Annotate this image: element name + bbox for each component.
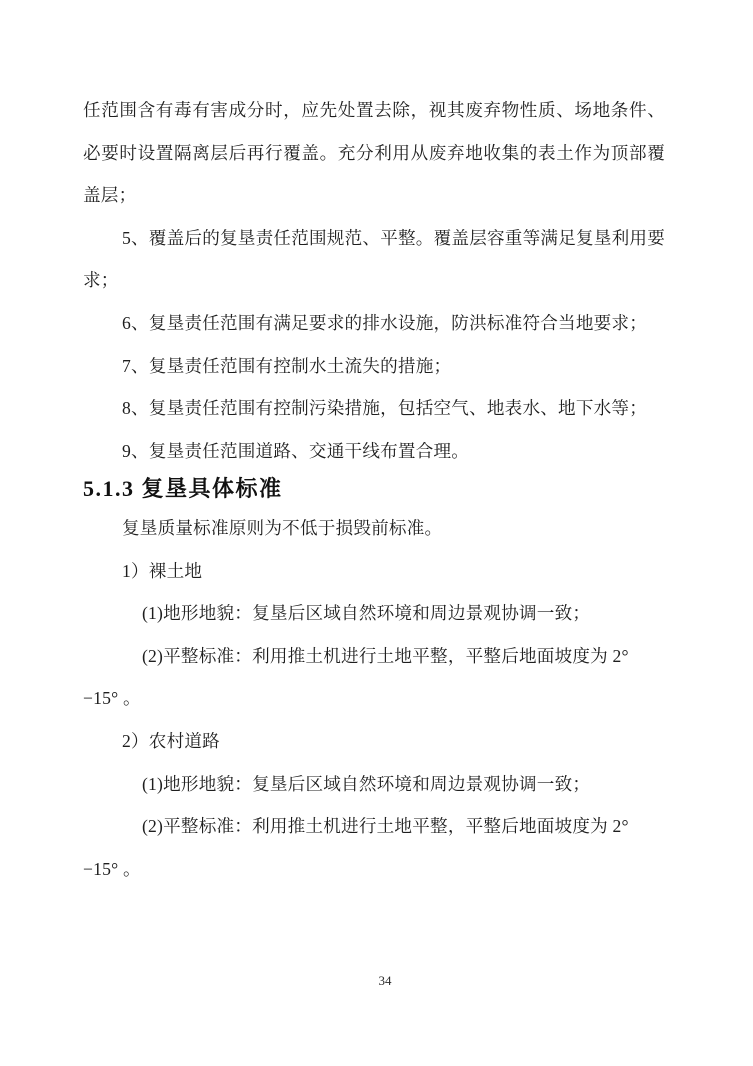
body-line: (1)地形地貌：复垦后区域自然环境和周边景观协调一致； (83, 592, 665, 635)
sublist-item-1-bare-land: 1）裸土地 (83, 550, 665, 593)
list-item-6: 6、复垦责任范围有满足要求的排水设施，防洪标准符合当地要求； (83, 302, 665, 345)
body-line: (2)平整标准：利用推土机进行土地平整，平整后地面坡度为 2° (83, 635, 665, 678)
body-line: 求； (83, 259, 665, 302)
page-number: 34 (379, 973, 392, 989)
body-line: 必要时设置隔离层后再行覆盖。充分利用从废弃地收集的表土作为顶部覆 (83, 132, 665, 175)
document-body: 任范围含有毒有害成分时，应先处置去除，视其废弃物性质、场地条件、 必要时设置隔离… (83, 89, 665, 890)
body-line: 盖层； (83, 174, 665, 217)
list-item-9: 9、复垦责任范围道路、交通干线布置合理。 (83, 430, 665, 473)
section-heading-5-1-3: 5.1.3 复垦具体标准 (83, 472, 665, 507)
sublist-item-2-rural-road: 2）农村道路 (83, 720, 665, 763)
body-line: (2)平整标准：利用推土机进行土地平整，平整后地面坡度为 2° (83, 805, 665, 848)
document-page: 任范围含有毒有害成分时，应先处置去除，视其废弃物性质、场地条件、 必要时设置隔离… (0, 0, 753, 1066)
list-item-8: 8、复垦责任范围有控制污染措施，包括空气、地表水、地下水等； (83, 387, 665, 430)
body-line: −15° 。 (83, 677, 665, 720)
body-line: 任范围含有毒有害成分时，应先处置去除，视其废弃物性质、场地条件、 (83, 89, 665, 132)
body-line: (1)地形地貌：复垦后区域自然环境和周边景观协调一致； (83, 763, 665, 806)
list-item-5: 5、覆盖后的复垦责任范围规范、平整。覆盖层容重等满足复垦利用要 (83, 217, 665, 260)
list-item-7: 7、复垦责任范围有控制水土流失的措施； (83, 345, 665, 388)
body-line: 复垦质量标准原则为不低于损毁前标准。 (83, 507, 665, 550)
body-line: −15° 。 (83, 848, 665, 891)
